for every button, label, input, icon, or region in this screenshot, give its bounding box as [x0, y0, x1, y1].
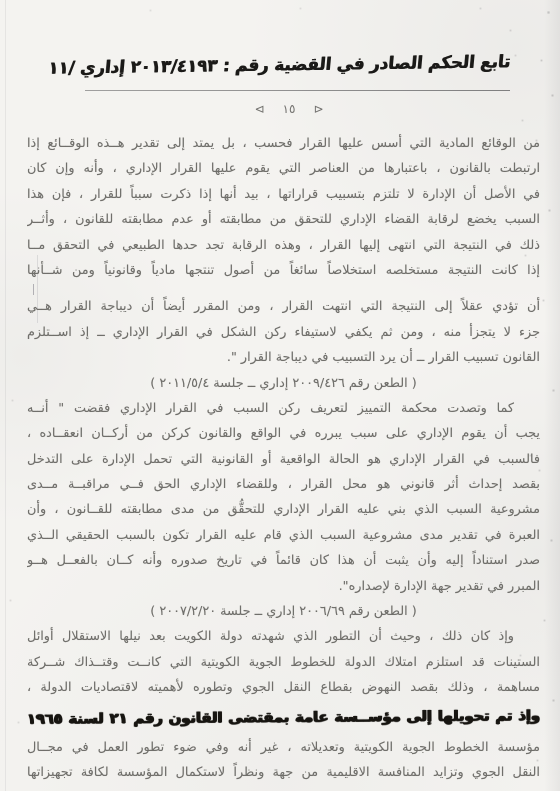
left-triangle-icon: ⊲ — [254, 102, 264, 116]
text-line: القانون تسبيب القرار ــ أن يرد التسبيب ف… — [27, 345, 540, 370]
text-line: المبرر في تقدير جهة الإدارة لإصداره". — [27, 574, 540, 599]
body-text: من الوقائع المادية التي أسس عليها القرار… — [27, 131, 540, 785]
text-line: فالسبب في القرار الإداري هو الحالة الواق… — [27, 447, 540, 472]
scan-artifact-line — [5, 0, 6, 791]
text-line: مشروعية السبب الذي بني عليه القرار الإدا… — [27, 497, 540, 522]
header-rule — [85, 90, 510, 91]
text-line: وإذ كان ذلك ، وحيث أن التطور الذي شهدته … — [27, 624, 540, 649]
page-number: ١٥ — [283, 102, 296, 116]
document-page: تابع الحكم الصادر في القضية رقم : ٢٠١٣/٤… — [0, 0, 560, 791]
citation-line: ( الطعن رقم ٢٠٠٩/٤٢٦ إداري ــ جلسة ٢٠١١/… — [27, 371, 540, 396]
text-line: كما وتصدت محكمة التمييز لتعريف ركن السبب… — [27, 396, 540, 421]
scan-edge-shading — [544, 0, 560, 791]
text-line: إذا كانت النتيجة مستخلصه استخلاصاً سائغا… — [27, 258, 540, 283]
text-line: النقل الجوي وتزايد المنافسة الاقليمية من… — [27, 760, 540, 785]
text-line: جزء لا يتجزأ منه ، ومن ثم يكفي لاستيفاء … — [27, 320, 540, 345]
text-line: السبب يخضع لرقابة القضاء الإداري للتحقق … — [27, 207, 540, 232]
text-line: الستينات قد استلزم امتلاك الدولة للخطوط … — [27, 650, 540, 675]
text-line: مساهمة ، وذلك بقصد النهوض بقطاع النقل ال… — [27, 675, 540, 700]
text-line: بقصد إحداث أثر قانوني هو محل القرار ، ول… — [27, 472, 540, 497]
case-header-title: تابع الحكم الصادر في القضية رقم : ٢٠١٣/٤… — [47, 51, 511, 78]
right-triangle-icon: ⊳ — [313, 102, 323, 116]
smudged-text-line: وإذ تم تحويلها إلى مؤســسة عامة بمقتضى ا… — [27, 702, 540, 734]
text-line: أن تؤدي عقلاً إلى النتيجة التي انتهت الق… — [27, 294, 540, 319]
scan-speckles — [0, 0, 1, 1]
text-line: يجب أن يقوم الإداري على سبب يبرره في الو… — [27, 421, 540, 446]
text-line: صدر استناداً إليه وأن يثبت أن هذا كان قا… — [27, 548, 540, 573]
page-number-marker: ⊲١٥⊳ — [0, 102, 560, 116]
text-line: ذلك في النتيجة التي انتهى إليها القرار ،… — [27, 233, 540, 258]
citation-line: ( الطعن رقم ٢٠٠٦/٦٩ إداري ــ جلسة ٢٠٠٧/٢… — [27, 599, 540, 624]
text-line: في الأصل أن الإدارة لا تلتزم بتسبيب قرار… — [27, 182, 540, 207]
text-line: مؤسسة الخطوط الجوية الكويتية وتعديلاته ،… — [27, 735, 540, 760]
text-line: ارتبطت بالقانون ، باعتبارها من العناصر ا… — [27, 156, 540, 181]
text-line: العبرة في تقدير مدى مشروعية السبب الذي ق… — [27, 523, 540, 548]
text-line: من الوقائع المادية التي أسس عليها القرار… — [27, 131, 540, 156]
